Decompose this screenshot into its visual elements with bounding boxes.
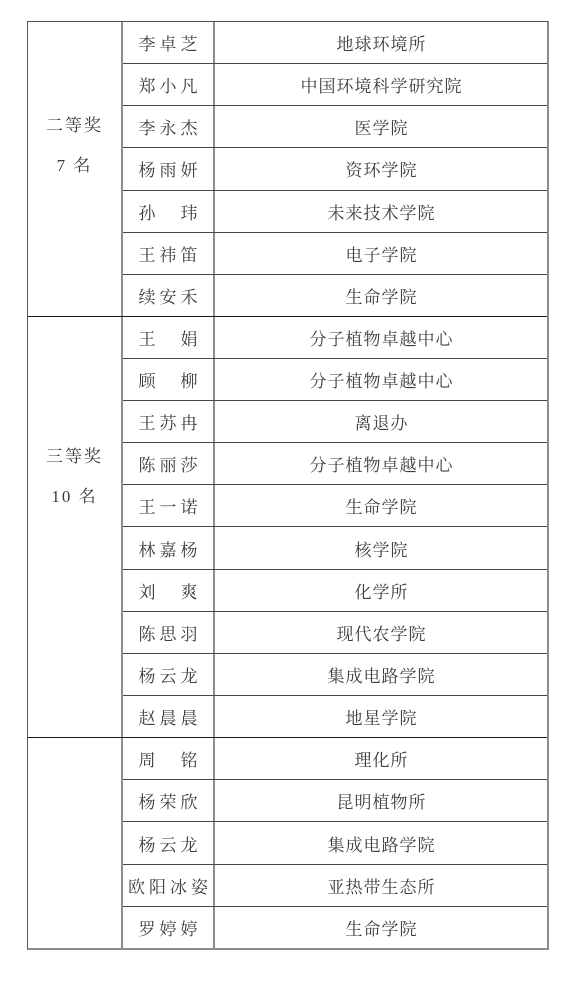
prize-label-cell: 三等奖10 名: [28, 317, 123, 737]
table-row: 欧阳冰姿 亚热带生态所: [123, 865, 547, 907]
name-cell: 顾 柳: [123, 359, 215, 400]
table-row: 王 娟 分子植物卓越中心: [123, 317, 547, 359]
table-row: 李卓芝 地球环境所: [123, 22, 547, 64]
institution-cell: 医学院: [215, 106, 547, 147]
prize-label-cell: [28, 738, 123, 948]
table-row: 杨云龙 集成电路学院: [123, 822, 547, 864]
prize-label-line: 二等奖: [46, 117, 103, 135]
prize-label-line: 三等奖: [46, 448, 103, 466]
table-row: 杨荣欣 昆明植物所: [123, 780, 547, 822]
prize-label-line: 7 名: [57, 157, 93, 175]
name-cell: 罗婷婷: [123, 907, 215, 948]
name-cell: 郑小凡: [123, 64, 215, 105]
name-cell: 周 铭: [123, 738, 215, 779]
prize-group: 二等奖7 名 李卓芝 地球环境所 郑小凡 中国环境科学研究院 李永杰 医学院 杨…: [28, 22, 547, 317]
name-cell: 赵晨晨: [123, 696, 215, 737]
table-row: 周 铭 理化所: [123, 738, 547, 780]
name-cell: 王一诺: [123, 485, 215, 526]
institution-cell: 分子植物卓越中心: [215, 359, 547, 400]
name-cell: 刘 爽: [123, 570, 215, 611]
institution-cell: 现代农学院: [215, 612, 547, 653]
table-row: 孙 玮 未来技术学院: [123, 191, 547, 233]
institution-cell: 离退办: [215, 401, 547, 442]
prize-group: 三等奖10 名 王 娟 分子植物卓越中心 顾 柳 分子植物卓越中心 王苏冉 离退…: [28, 317, 547, 738]
institution-cell: 分子植物卓越中心: [215, 317, 547, 358]
name-cell: 李永杰: [123, 106, 215, 147]
name-cell: 陈丽莎: [123, 443, 215, 484]
table-row: 赵晨晨 地星学院: [123, 696, 547, 737]
institution-cell: 昆明植物所: [215, 780, 547, 821]
institution-cell: 分子植物卓越中心: [215, 443, 547, 484]
name-cell: 王祎笛: [123, 233, 215, 274]
institution-cell: 化学所: [215, 570, 547, 611]
group-rows: 王 娟 分子植物卓越中心 顾 柳 分子植物卓越中心 王苏冉 离退办 陈丽莎 分子…: [123, 317, 547, 737]
table-row: 杨云龙 集成电路学院: [123, 654, 547, 696]
table-row: 王苏冉 离退办: [123, 401, 547, 443]
institution-cell: 地球环境所: [215, 22, 547, 63]
table-row: 刘 爽 化学所: [123, 570, 547, 612]
name-cell: 欧阳冰姿: [123, 865, 215, 906]
name-cell: 王 娟: [123, 317, 215, 358]
institution-cell: 生命学院: [215, 275, 547, 316]
table-row: 陈思羽 现代农学院: [123, 612, 547, 654]
table-row: 王一诺 生命学院: [123, 485, 547, 527]
table-row: 王祎笛 电子学院: [123, 233, 547, 275]
awards-table: 二等奖7 名 李卓芝 地球环境所 郑小凡 中国环境科学研究院 李永杰 医学院 杨…: [27, 21, 549, 950]
name-cell: 林嘉杨: [123, 527, 215, 568]
prize-group: 周 铭 理化所 杨荣欣 昆明植物所 杨云龙 集成电路学院 欧阳冰姿 亚热带生态所…: [28, 738, 547, 948]
table-row: 李永杰 医学院: [123, 106, 547, 148]
prize-label-block: 二等奖7 名: [46, 117, 103, 175]
institution-cell: 核学院: [215, 527, 547, 568]
table-row: 罗婷婷 生命学院: [123, 907, 547, 948]
prize-label-cell: 二等奖7 名: [28, 22, 123, 316]
name-cell: 孙 玮: [123, 191, 215, 232]
institution-cell: 地星学院: [215, 696, 547, 737]
institution-cell: 生命学院: [215, 485, 547, 526]
institution-cell: 理化所: [215, 738, 547, 779]
name-cell: 王苏冉: [123, 401, 215, 442]
group-rows: 周 铭 理化所 杨荣欣 昆明植物所 杨云龙 集成电路学院 欧阳冰姿 亚热带生态所…: [123, 738, 547, 948]
institution-cell: 资环学院: [215, 148, 547, 189]
table-row: 陈丽莎 分子植物卓越中心: [123, 443, 547, 485]
name-cell: 续安禾: [123, 275, 215, 316]
institution-cell: 生命学院: [215, 907, 547, 948]
institution-cell: 亚热带生态所: [215, 865, 547, 906]
institution-cell: 电子学院: [215, 233, 547, 274]
institution-cell: 集成电路学院: [215, 822, 547, 863]
name-cell: 杨云龙: [123, 654, 215, 695]
institution-cell: 未来技术学院: [215, 191, 547, 232]
table-row: 续安禾 生命学院: [123, 275, 547, 316]
institution-cell: 集成电路学院: [215, 654, 547, 695]
name-cell: 杨云龙: [123, 822, 215, 863]
prize-label-line: 10 名: [51, 488, 97, 506]
prize-label-block: 三等奖10 名: [46, 448, 103, 506]
table-row: 顾 柳 分子植物卓越中心: [123, 359, 547, 401]
group-rows: 李卓芝 地球环境所 郑小凡 中国环境科学研究院 李永杰 医学院 杨雨妍 资环学院…: [123, 22, 547, 316]
institution-cell: 中国环境科学研究院: [215, 64, 547, 105]
name-cell: 李卓芝: [123, 22, 215, 63]
table-row: 杨雨妍 资环学院: [123, 148, 547, 190]
name-cell: 陈思羽: [123, 612, 215, 653]
table-row: 郑小凡 中国环境科学研究院: [123, 64, 547, 106]
name-cell: 杨雨妍: [123, 148, 215, 189]
table-row: 林嘉杨 核学院: [123, 527, 547, 569]
name-cell: 杨荣欣: [123, 780, 215, 821]
